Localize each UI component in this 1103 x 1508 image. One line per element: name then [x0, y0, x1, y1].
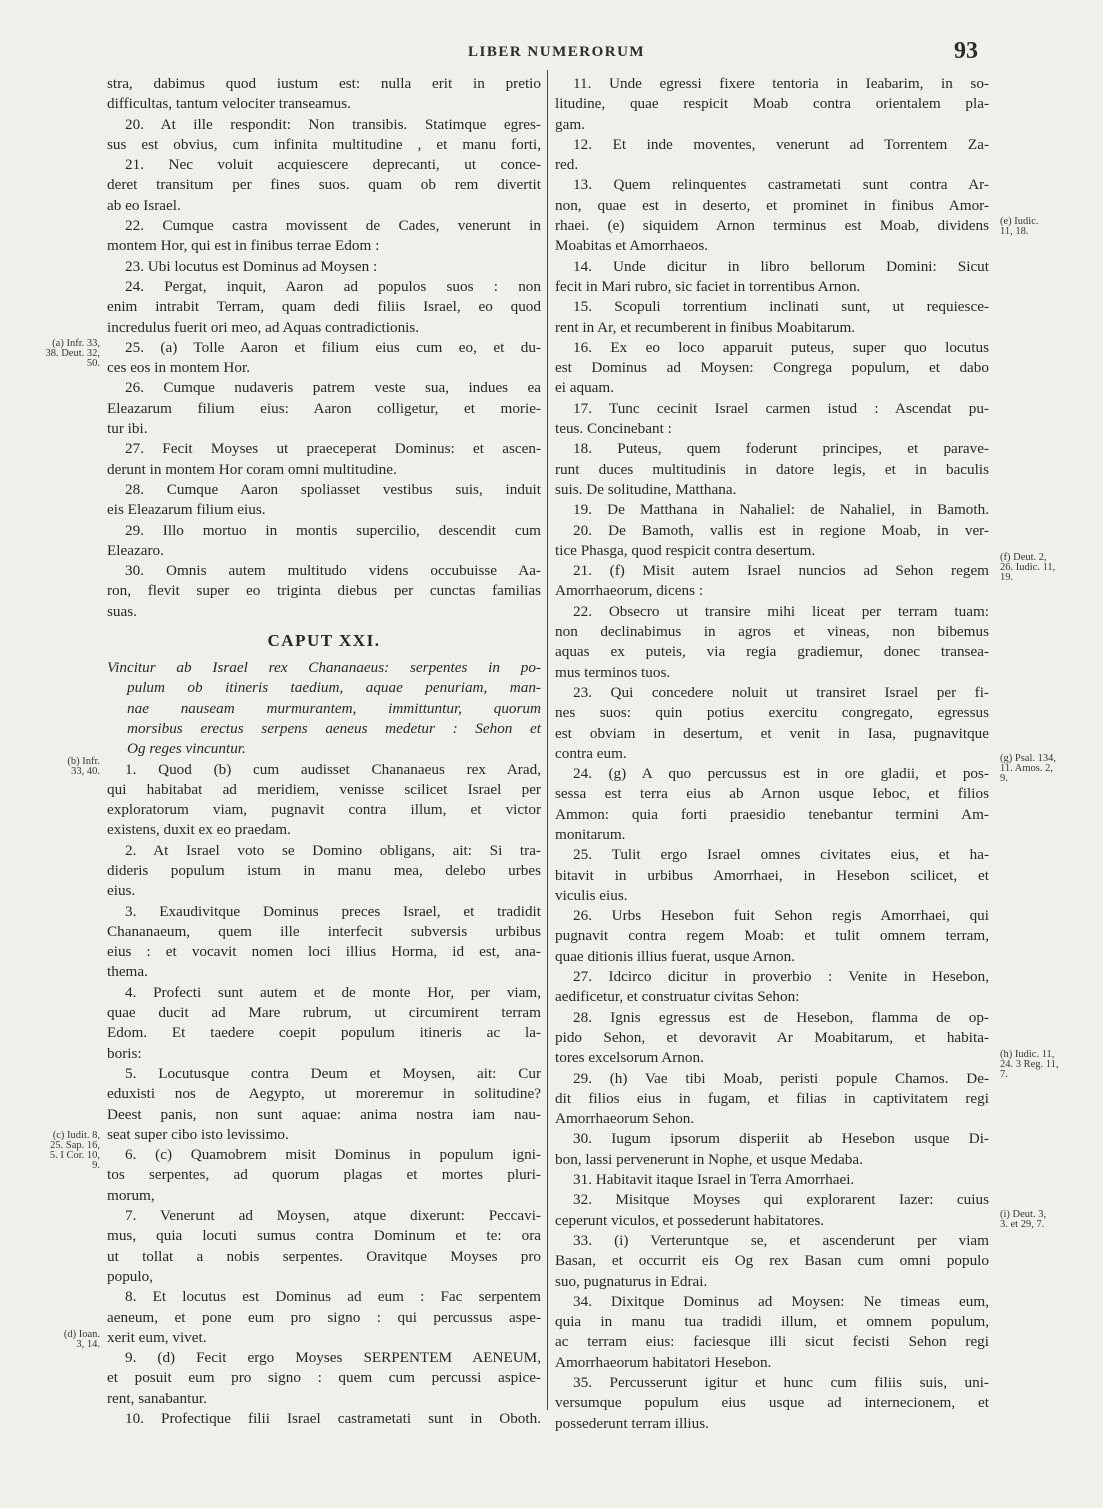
text-line: red.	[555, 155, 989, 175]
text-line: 26. Urbs Hesebon fuit Sehon regis Amorrh…	[555, 906, 989, 926]
summary-line: Og reges vincuntur.	[107, 739, 541, 759]
text-line: Eleazaro.	[107, 541, 541, 561]
text-line: qui habitabat ad meridiem, venisse scili…	[107, 780, 541, 800]
text-line: morum,	[107, 1186, 541, 1206]
text-line: 11. Unde egressi fixere tentoria in Ieab…	[555, 74, 989, 94]
text-line: 30. Iugum ipsorum disperiit ab Hesebon u…	[555, 1129, 989, 1149]
marginal-note-line: 3, 14.	[22, 1340, 100, 1350]
text-line: tur ibi.	[107, 419, 541, 439]
text-line: 23. Ubi locutus est Dominus ad Moysen :	[107, 257, 541, 277]
marginal-note-h: (h) Iudic. 11,24. 3 Reg. 11,7.	[1000, 1050, 1090, 1080]
text-line: rent, sanabantur.	[107, 1389, 541, 1409]
chapter-summary: Vincitur ab Israel rex Chananaeus: serpe…	[107, 658, 541, 759]
summary-line: Vincitur ab Israel rex Chananaeus: serpe…	[107, 658, 541, 678]
text-line: Eleazarum filium eius: Aaron colligetur,…	[107, 399, 541, 419]
text-line: xerit eum, vivet.	[107, 1328, 541, 1348]
text-line: Chananaeum, quem ille interfecit subvers…	[107, 922, 541, 942]
text-line: 26. Cumque nudaveris patrem veste sua, i…	[107, 378, 541, 398]
text-line: 29. Illo mortuo in montis supercilio, de…	[107, 521, 541, 541]
text-line: ab eo Israel.	[107, 196, 541, 216]
text-line: Amorrhaeorum habitatori Hesebon.	[555, 1353, 989, 1373]
text-line: suas.	[107, 602, 541, 622]
text-line: populo,	[107, 1267, 541, 1287]
text-line: versumque populum eius usque ad internec…	[555, 1393, 989, 1413]
text-line: 22. Obsecro ut transire mihi liceat per …	[555, 602, 989, 622]
text-line: dideris populum istum in manu mea, deleb…	[107, 861, 541, 881]
text-line: eis Eleazarum filium eius.	[107, 500, 541, 520]
text-line: incredulus fuerit ori meo, ad Aquas cont…	[107, 318, 541, 338]
marginal-note-line: 19.	[1000, 573, 1090, 583]
marginal-note-e: (e) Iudic.11, 18.	[1000, 217, 1090, 237]
text-line: ceperunt viculos, et possederunt habitat…	[555, 1211, 989, 1231]
text-line: Basan, et occurrit eis Og rex Basan cum …	[555, 1251, 989, 1271]
text-line: Amorrhaeorum Sehon.	[555, 1109, 989, 1129]
text-line: 20. At ille respondit: Non transibis. St…	[107, 115, 541, 135]
text-line: boris:	[107, 1044, 541, 1064]
summary-line: morsibus erectus serpens aeneus medetur …	[107, 719, 541, 739]
text-line: bitavit in urbibus Amorrhaei, in Hesebon…	[555, 866, 989, 886]
text-line: runt duces multitudinis in datore legis,…	[555, 460, 989, 480]
text-line: suis. De solitudine, Matthana.	[555, 480, 989, 500]
marginal-note-line: 50.	[22, 359, 100, 369]
text-line: 18. Puteus, quem foderunt principes, et …	[555, 439, 989, 459]
marginal-note-line: 5. I Cor. 10,	[22, 1151, 100, 1161]
marginal-note-c: (c) Iudit. 8,25. Sap. 16,5. I Cor. 10,9.	[22, 1131, 100, 1171]
text-line: 27. Idcirco dicitur in proverbio : Venit…	[555, 967, 989, 987]
text-line: 12. Et inde moventes, venerunt ad Torren…	[555, 135, 989, 155]
text-line: non, quae est in deserto, et prominet in…	[555, 196, 989, 216]
text-line: sessa est terra eius ab Arnon usque Iebo…	[555, 784, 989, 804]
text-line: 2. At Israel voto se Domino obligans, ai…	[107, 841, 541, 861]
text-line: tice Phasga, quod respicit contra desert…	[555, 541, 989, 561]
marginal-note-f: (f) Deut. 2,26. Iudic. 11,19.	[1000, 553, 1090, 583]
text-line: Edom. Et taedere coepit populum itineris…	[107, 1023, 541, 1043]
text-line: rent in Ar, et recumberent in finibus Mo…	[555, 318, 989, 338]
text-line: teus. Concinebant :	[555, 419, 989, 439]
text-line: 7. Venerunt ad Moysen, atque dixerunt: P…	[107, 1206, 541, 1226]
marginal-note-line: 24. 3 Reg. 11,	[1000, 1060, 1090, 1070]
text-line: monitarum.	[555, 825, 989, 845]
text-line: 30. Omnis autem multitudo videns occubui…	[107, 561, 541, 581]
text-line: pido Sehon, et devoravit Ar Moabitarum, …	[555, 1028, 989, 1048]
text-line: pugnavit contra regem Moab: et tulit omn…	[555, 926, 989, 946]
text-line: quae ditionis illius fuerat, usque Arnon…	[555, 947, 989, 967]
marginal-note-line: 9.	[22, 1161, 100, 1171]
right-verses: 11. Unde egressi fixere tentoria in Ieab…	[555, 74, 989, 1434]
text-line: eius.	[107, 881, 541, 901]
text-line: 28. Cumque Aaron spoliasset vestibus sui…	[107, 480, 541, 500]
text-line: 19. De Matthana in Nahaliel: de Nahaliel…	[555, 500, 989, 520]
text-line: gam.	[555, 115, 989, 135]
text-line: ron, flevit super eo triginta diebus per…	[107, 581, 541, 601]
text-line: eius : et vocavit nomen loci illius Horm…	[107, 942, 541, 962]
marginal-note-i: (i) Deut. 3,3. et 29, 7.	[1000, 1210, 1090, 1230]
marginal-note-line: 7.	[1000, 1070, 1090, 1080]
text-line: aeneum, et pone eum pro signo : qui perc…	[107, 1308, 541, 1328]
text-line: quia in manu tua tradidi illum, et omnem…	[555, 1312, 989, 1332]
text-line: est Dominus ad Moysen: Congrega populum,…	[555, 358, 989, 378]
text-line: Deest panis, non sunt aquae: anima nostr…	[107, 1105, 541, 1125]
text-line: exploratorum viam, pugnavit contra illum…	[107, 800, 541, 820]
text-line: nes suos: quin potius exercitu congregat…	[555, 703, 989, 723]
marginal-note-line: 9.	[1000, 774, 1090, 784]
text-line: ei aquam.	[555, 378, 989, 398]
text-line: litudine, quae respicit Moab contra orie…	[555, 94, 989, 114]
text-line: tos serpentes, ad quorum plagas et morte…	[107, 1165, 541, 1185]
text-line: 34. Dixitque Dominus ad Moysen: Ne timea…	[555, 1292, 989, 1312]
text-line: stra, dabimus quod iustum est: nulla eri…	[107, 74, 541, 94]
text-line: 20. De Bamoth, vallis est in regione Moa…	[555, 521, 989, 541]
text-line: derunt in montem Hor coram omni multitud…	[107, 460, 541, 480]
text-line: 25. Tulit ergo Israel omnes civitates ei…	[555, 845, 989, 865]
text-line: est obviam in desertum, et venit in Iasa…	[555, 724, 989, 744]
text-line: 9. (d) Fecit ergo Moyses SERPENTEM AENEU…	[107, 1348, 541, 1368]
text-line: 24. (g) A quo percussus est in ore gladi…	[555, 764, 989, 784]
text-line: aedificetur, et construatur civitas Seho…	[555, 987, 989, 1007]
text-line: 3. Exaudivitque Dominus preces Israel, e…	[107, 902, 541, 922]
text-line: 14. Unde dicitur in libro bellorum Domin…	[555, 257, 989, 277]
marginal-note-line: 11, 18.	[1000, 227, 1090, 237]
text-line: 16. Ex eo loco apparuit puteus, super qu…	[555, 338, 989, 358]
text-line: mus, quia locuti sumus contra Dominum et…	[107, 1226, 541, 1246]
text-line: 35. Percusserunt igitur et hunc cum fili…	[555, 1373, 989, 1393]
text-line: fecit in Mari rubro, sic faciet in torre…	[555, 277, 989, 297]
marginal-note-line: 33, 40.	[22, 767, 100, 777]
text-line: 28. Ignis egressus est de Hesebon, flamm…	[555, 1008, 989, 1028]
text-line: 29. (h) Vae tibi Moab, peristi popule Ch…	[555, 1069, 989, 1089]
text-line: 33. (i) Verteruntque se, et ascenderunt …	[555, 1231, 989, 1251]
text-line: non declinabimus in agros et vineas, non…	[555, 622, 989, 642]
text-line: Amorrhaeorum, dicens :	[555, 581, 989, 601]
text-line: et posuit eum pro signo : quem cum percu…	[107, 1368, 541, 1388]
text-line: suo, pugnaturus in Edrai.	[555, 1272, 989, 1292]
text-line: 4. Profecti sunt autem et de monte Hor, …	[107, 983, 541, 1003]
text-line: 31. Habitavit itaque Israel in Terra Amo…	[555, 1170, 989, 1190]
text-line: 21. (f) Misit autem Israel nuncios ad Se…	[555, 561, 989, 581]
text-line: ac terram eius: faciesque illi sicut fec…	[555, 1332, 989, 1352]
chapter-heading: CAPUT XXI.	[107, 622, 541, 658]
marginal-note-a: (a) Infr. 33,38. Deut. 32,50.	[22, 339, 100, 369]
text-line: enim intrabit Terram, quam dedi filiis I…	[107, 297, 541, 317]
text-line: 32. Misitque Moyses qui explorarent Iaze…	[555, 1190, 989, 1210]
text-line: quae ducit ad Mare rubrum, ut circumiren…	[107, 1003, 541, 1023]
text-line: thema.	[107, 962, 541, 982]
right-column: 11. Unde egressi fixere tentoria in Ieab…	[555, 74, 989, 1434]
column-divider	[547, 70, 548, 1410]
left-verses-after-chapter: 1. Quod (b) cum audisset Chananaeus rex …	[107, 760, 541, 1430]
page-number: 93	[954, 38, 978, 65]
summary-line: pulum ob itineris taedium, aquae penuria…	[107, 678, 541, 698]
text-line: 23. Qui concedere noluit ut transiret Is…	[555, 683, 989, 703]
text-line: dit filios eius in fugam, et filias in c…	[555, 1089, 989, 1109]
text-line: ut tollat a nobis serpentes. Oravitque M…	[107, 1247, 541, 1267]
book-page: LIBER NUMERORUM 93 stra, dabimus quod iu…	[0, 0, 1103, 1508]
text-line: Moabitas et Amorrhaeos.	[555, 236, 989, 256]
text-line: 24. Pergat, inquit, Aaron ad populos suo…	[107, 277, 541, 297]
text-line: Ammon: quia forti praesidio tenebantur t…	[555, 805, 989, 825]
marginal-note-line: 3. et 29, 7.	[1000, 1220, 1090, 1230]
marginal-note-d: (d) Ioan.3, 14.	[22, 1330, 100, 1350]
text-line: 22. Cumque castra movissent de Cades, ve…	[107, 216, 541, 236]
text-line: difficultas, tantum velociter transeamus…	[107, 94, 541, 114]
summary-line: nae nauseam murmurantem, immittuntur, qu…	[107, 699, 541, 719]
text-line: 15. Scopuli torrentium inclinati sunt, u…	[555, 297, 989, 317]
text-line: bon, lassi pervenerunt in Nophe, et usqu…	[555, 1150, 989, 1170]
marginal-note-g: (g) Psal. 134,11. Amos. 2,9.	[1000, 754, 1090, 784]
text-line: existens, duxit ex eo praedam.	[107, 820, 541, 840]
text-line: 10. Profectique filii Israel castrametat…	[107, 1409, 541, 1429]
text-line: possederunt terram illius.	[555, 1414, 989, 1434]
running-title: LIBER NUMERORUM	[468, 44, 645, 61]
text-line: seat super cibo isto levissimo.	[107, 1125, 541, 1145]
text-line: tores excelsorum Arnon.	[555, 1048, 989, 1068]
text-line: eduxisti nos de Aegypto, ut moreremur in…	[107, 1084, 541, 1104]
text-line: 6. (c) Quamobrem misit Dominus in populu…	[107, 1145, 541, 1165]
text-line: 1. Quod (b) cum audisset Chananaeus rex …	[107, 760, 541, 780]
marginal-note-line: 11. Amos. 2,	[1000, 764, 1090, 774]
text-line: mus terminos tuos.	[555, 663, 989, 683]
text-line: montem Hor, qui est in finibus terrae Ed…	[107, 236, 541, 256]
marginal-note-b: (b) Infr.33, 40.	[22, 757, 100, 777]
left-verses-before-chapter: stra, dabimus quod iustum est: nulla eri…	[107, 74, 541, 622]
text-line: aquas ex puteis, via regia gradiemur, do…	[555, 642, 989, 662]
text-line: 17. Tunc cecinit Israel carmen istud : A…	[555, 399, 989, 419]
text-line: ces eos in montem Hor.	[107, 358, 541, 378]
text-line: 25. (a) Tolle Aaron et filium eius cum e…	[107, 338, 541, 358]
left-column: stra, dabimus quod iustum est: nulla eri…	[107, 74, 541, 1429]
text-line: 21. Nec voluit acquiescere deprecanti, u…	[107, 155, 541, 175]
text-line: 5. Locutusque contra Deum et Moysen, ait…	[107, 1064, 541, 1084]
text-line: rhaei. (e) siquidem Arnon terminus est M…	[555, 216, 989, 236]
text-line: sus est obvius, cum infinita multitudine…	[107, 135, 541, 155]
text-line: viculis eius.	[555, 886, 989, 906]
marginal-note-line: 26. Iudic. 11,	[1000, 563, 1090, 573]
text-line: 27. Fecit Moyses ut praeceperat Dominus:…	[107, 439, 541, 459]
text-line: contra eum.	[555, 744, 989, 764]
text-line: 13. Quem relinquentes castrametati sunt …	[555, 175, 989, 195]
text-line: deret transitum per fines suos. quam ob …	[107, 175, 541, 195]
text-line: 8. Et locutus est Dominus ad eum : Fac s…	[107, 1287, 541, 1307]
